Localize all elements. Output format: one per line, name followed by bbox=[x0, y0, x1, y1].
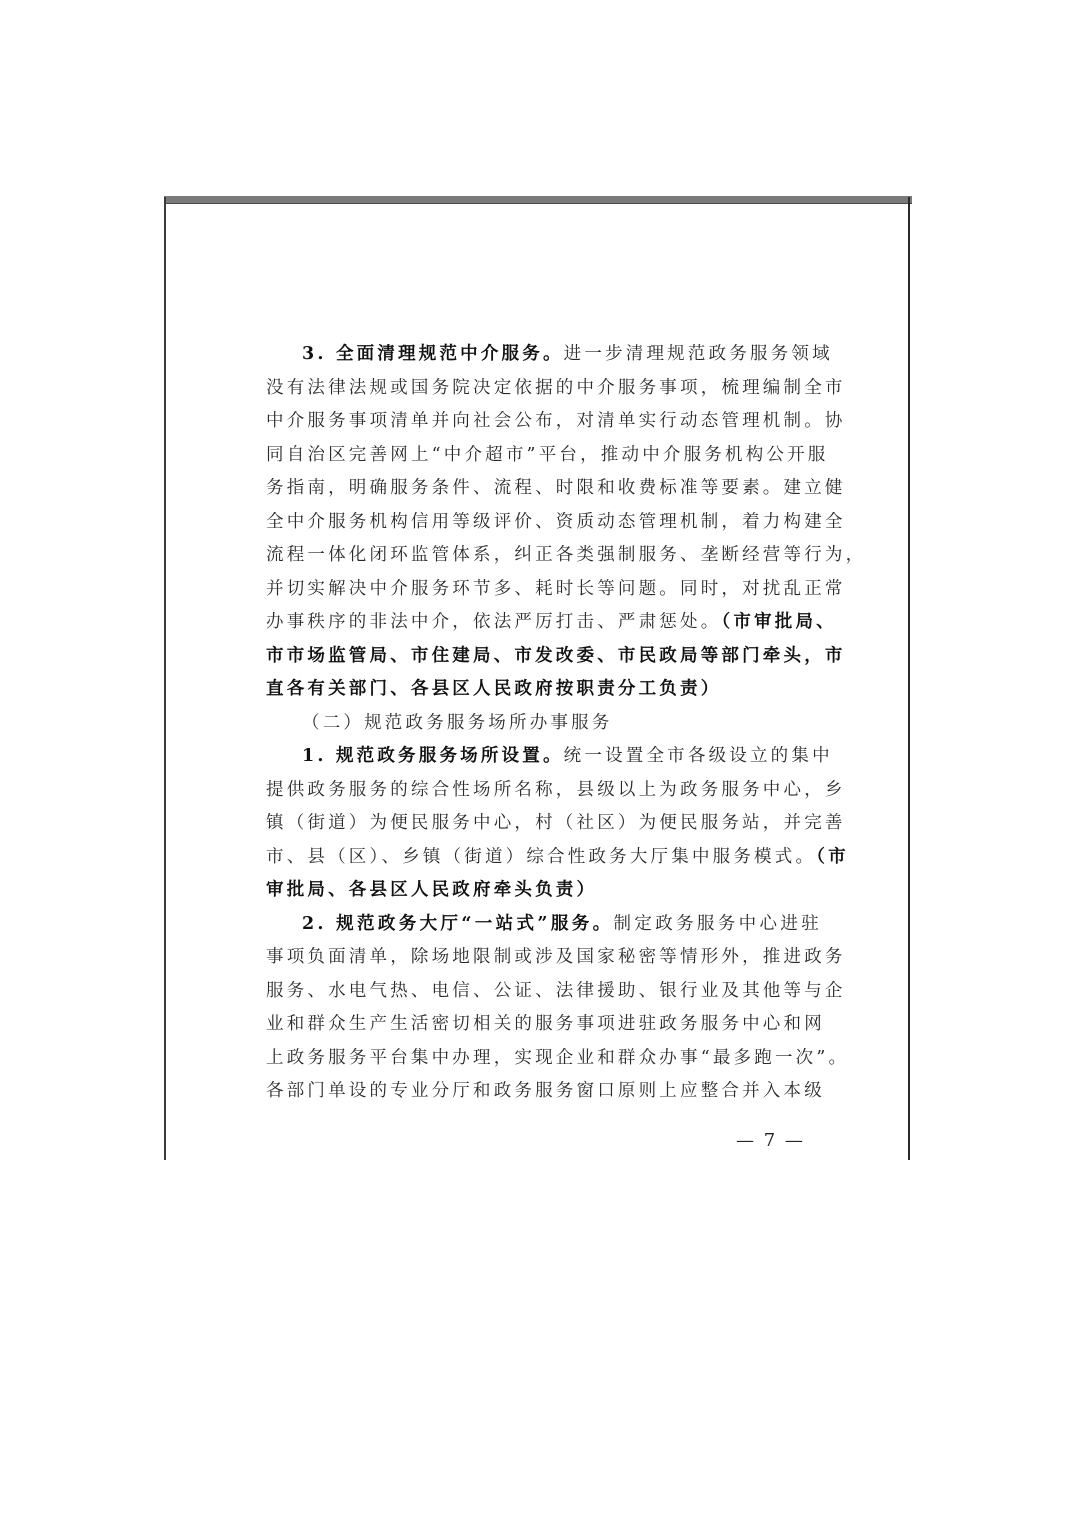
body-text: 业和群众生产生活密切相关的服务事项进驻政务服务中心和网 bbox=[266, 1014, 825, 1034]
text-line: 服务、水电气热、电信、公证、法律援助、银行业及其他等与企 bbox=[266, 975, 822, 1009]
body-text: 统一设置全市各级设立的集中 bbox=[564, 746, 833, 766]
body-text: 市、县（区）、乡镇（街道）综合性政务大厅集中服务模式。 bbox=[266, 847, 816, 867]
text-line: 同自治区完善网上“中介超市”平台，推动中介服务机构公开服 bbox=[266, 439, 822, 473]
body-text: 制定政务服务中心进驻 bbox=[613, 914, 822, 934]
text-line: 中介服务事项清单并向社会公布，对清单实行动态管理机制。协 bbox=[266, 405, 822, 439]
section-item3: 3. 全面清理规范中介服务。进一步清理规范政务服务领域没有法律法规或国务院决定依… bbox=[266, 338, 822, 707]
body-text: 进一步清理规范政务服务领域 bbox=[564, 344, 833, 364]
body-text: 并切实解决中介服务环节多、耗时长等问题。同时，对扰乱正常 bbox=[266, 579, 846, 599]
text-line: 2. 规范政务大厅“一站式”服务。制定政务服务中心进驻 bbox=[266, 908, 822, 942]
text-line: 提供政务服务的综合性场所名称，县级以上为政务服务中心，乡 bbox=[266, 774, 822, 808]
body-text: 各部门单设的专业分厅和政务服务窗口原则上应整合并入本级 bbox=[266, 1081, 825, 1101]
bold-text: （市 bbox=[816, 847, 849, 867]
bold-text: 2. 规范政务大厅“一站式”服务。 bbox=[302, 914, 613, 934]
text-line: 市市场监管局、市住建局、市发改委、市民政局等部门牵头，市 bbox=[266, 640, 822, 674]
text-line: 办事秩序的非法中介，依法严厉打击、严肃惩处。（市审批局、 bbox=[266, 606, 822, 640]
body-text: 镇（街道）为便民服务中心，村（社区）为便民服务站，并完善 bbox=[266, 813, 846, 833]
text-line: 直各有关部门、各县区人民政府按职责分工负责） bbox=[266, 673, 822, 707]
section-item1: 1. 规范政务服务场所设置。统一设置全市各级设立的集中提供政务服务的综合性场所名… bbox=[266, 740, 822, 908]
text-line: 市、县（区）、乡镇（街道）综合性政务大厅集中服务模式。（市 bbox=[266, 841, 822, 875]
body-text: 提供政务服务的综合性场所名称，县级以上为政务服务中心，乡 bbox=[266, 780, 846, 800]
section-item2: 2. 规范政务大厅“一站式”服务。制定政务服务中心进驻事项负面清单，除场地限制或… bbox=[266, 908, 822, 1109]
body-text: 事项负面清单，除场地限制或涉及国家秘密等情形外，推进政务 bbox=[266, 947, 846, 967]
text-line: 上政务服务平台集中办理，实现企业和群众办事“最多跑一次”。 bbox=[266, 1042, 822, 1076]
bold-text: （市审批局、 bbox=[721, 612, 836, 632]
text-line: 业和群众生产生活密切相关的服务事项进驻政务服务中心和网 bbox=[266, 1008, 822, 1042]
text-line: 事项负面清单，除场地限制或涉及国家秘密等情形外，推进政务 bbox=[266, 941, 822, 975]
body-text: 没有法律法规或国务院决定依据的中介服务事项，梳理编制全市 bbox=[266, 378, 846, 398]
text-line: 流程一体化闭环监管体系，纠正各类强制服务、垄断经营等行为， bbox=[266, 539, 822, 573]
body-text: （二）规范政务服务场所办事服务 bbox=[302, 713, 613, 733]
text-line: 1. 规范政务服务场所设置。统一设置全市各级设立的集中 bbox=[266, 740, 822, 774]
body-text: 流程一体化闭环监管体系，纠正各类强制服务、垄断经营等行为， bbox=[266, 545, 866, 565]
text-line: 全中介服务机构信用等级评价、资质动态管理机制，着力构建全 bbox=[266, 506, 822, 540]
text-line: 并切实解决中介服务环节多、耗时长等问题。同时，对扰乱正常 bbox=[266, 573, 822, 607]
section-heading: （二）规范政务服务场所办事服务 bbox=[266, 707, 822, 741]
section-heading-2: （二）规范政务服务场所办事服务 bbox=[266, 707, 822, 741]
body-text: 上政务服务平台集中办理，实现企业和群众办事“最多跑一次”。 bbox=[266, 1048, 849, 1068]
text-line: 镇（街道）为便民服务中心，村（社区）为便民服务站，并完善 bbox=[266, 807, 822, 841]
bold-text: 直各有关部门、各县区人民政府按职责分工负责） bbox=[266, 679, 721, 699]
text-line: 审批局、各县区人民政府牵头负责） bbox=[266, 874, 822, 908]
text-line: 务指南，明确服务条件、流程、时限和收费标准等要素。建立健 bbox=[266, 472, 822, 506]
text-line: 没有法律法规或国务院决定依据的中介服务事项，梳理编制全市 bbox=[266, 372, 822, 406]
bold-text: 审批局、各县区人民政府牵头负责） bbox=[266, 880, 597, 900]
bold-text: 1. 规范政务服务场所设置。 bbox=[302, 746, 564, 766]
document-body: 3. 全面清理规范中介服务。进一步清理规范政务服务领域没有法律法规或国务院决定依… bbox=[266, 338, 822, 1109]
body-text: 务指南，明确服务条件、流程、时限和收费标准等要素。建立健 bbox=[266, 478, 846, 498]
text-line: 3. 全面清理规范中介服务。进一步清理规范政务服务领域 bbox=[266, 338, 822, 372]
body-text: 服务、水电气热、电信、公证、法律援助、银行业及其他等与企 bbox=[266, 981, 846, 1001]
bold-text: 3. 全面清理规范中介服务。 bbox=[302, 344, 564, 364]
bold-text: 市市场监管局、市住建局、市发改委、市民政局等部门牵头，市 bbox=[266, 646, 846, 666]
body-text: 同自治区完善网上“中介超市”平台，推动中介服务机构公开服 bbox=[266, 445, 829, 465]
body-text: 全中介服务机构信用等级评价、资质动态管理机制，着力构建全 bbox=[266, 512, 846, 532]
page-number: — 7 — bbox=[736, 1130, 805, 1151]
body-text: 办事秩序的非法中介，依法严厉打击、严肃惩处。 bbox=[266, 612, 721, 632]
body-text: 中介服务事项清单并向社会公布，对清单实行动态管理机制。协 bbox=[266, 411, 846, 431]
text-line: 各部门单设的专业分厅和政务服务窗口原则上应整合并入本级 bbox=[266, 1075, 822, 1109]
